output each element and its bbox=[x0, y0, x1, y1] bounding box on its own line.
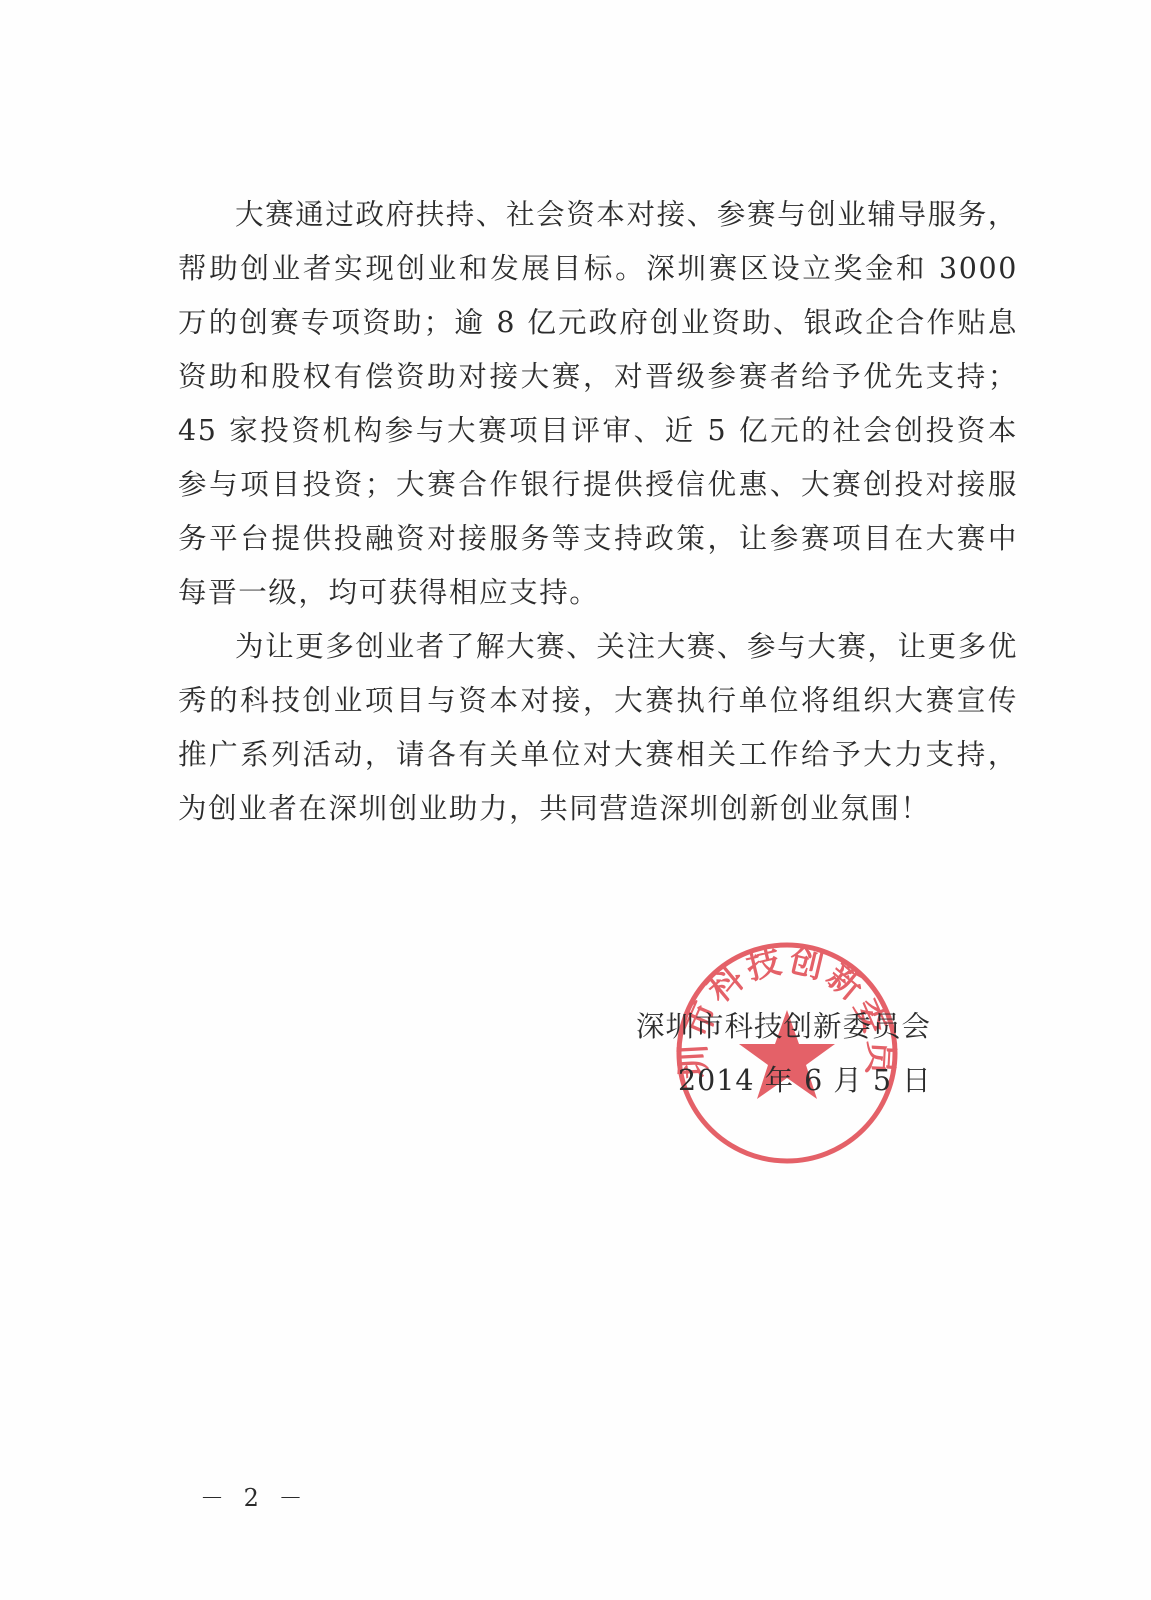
signature-block: 深圳市科技创新委员会 2014 年 6 月 5 日 bbox=[636, 1000, 966, 1108]
paragraph-promotion-request: 为让更多创业者了解大赛、关注大赛、参与大赛，让更多优秀的科技创业项目与资本对接，… bbox=[178, 620, 1018, 836]
signing-organization: 深圳市科技创新委员会 bbox=[636, 1000, 966, 1054]
document-body: 大赛通过政府扶持、社会资本对接、参赛与创业辅导服务，帮助创业者实现创业和发展目标… bbox=[178, 188, 1018, 836]
document-page: 大赛通过政府扶持、社会资本对接、参赛与创业辅导服务，帮助创业者实现创业和发展目标… bbox=[0, 0, 1151, 1600]
signing-date: 2014 年 6 月 5 日 bbox=[636, 1054, 966, 1108]
page-number: － 2 － bbox=[200, 1478, 309, 1513]
paragraph-support-policies: 大赛通过政府扶持、社会资本对接、参赛与创业辅导服务，帮助创业者实现创业和发展目标… bbox=[178, 188, 1018, 620]
